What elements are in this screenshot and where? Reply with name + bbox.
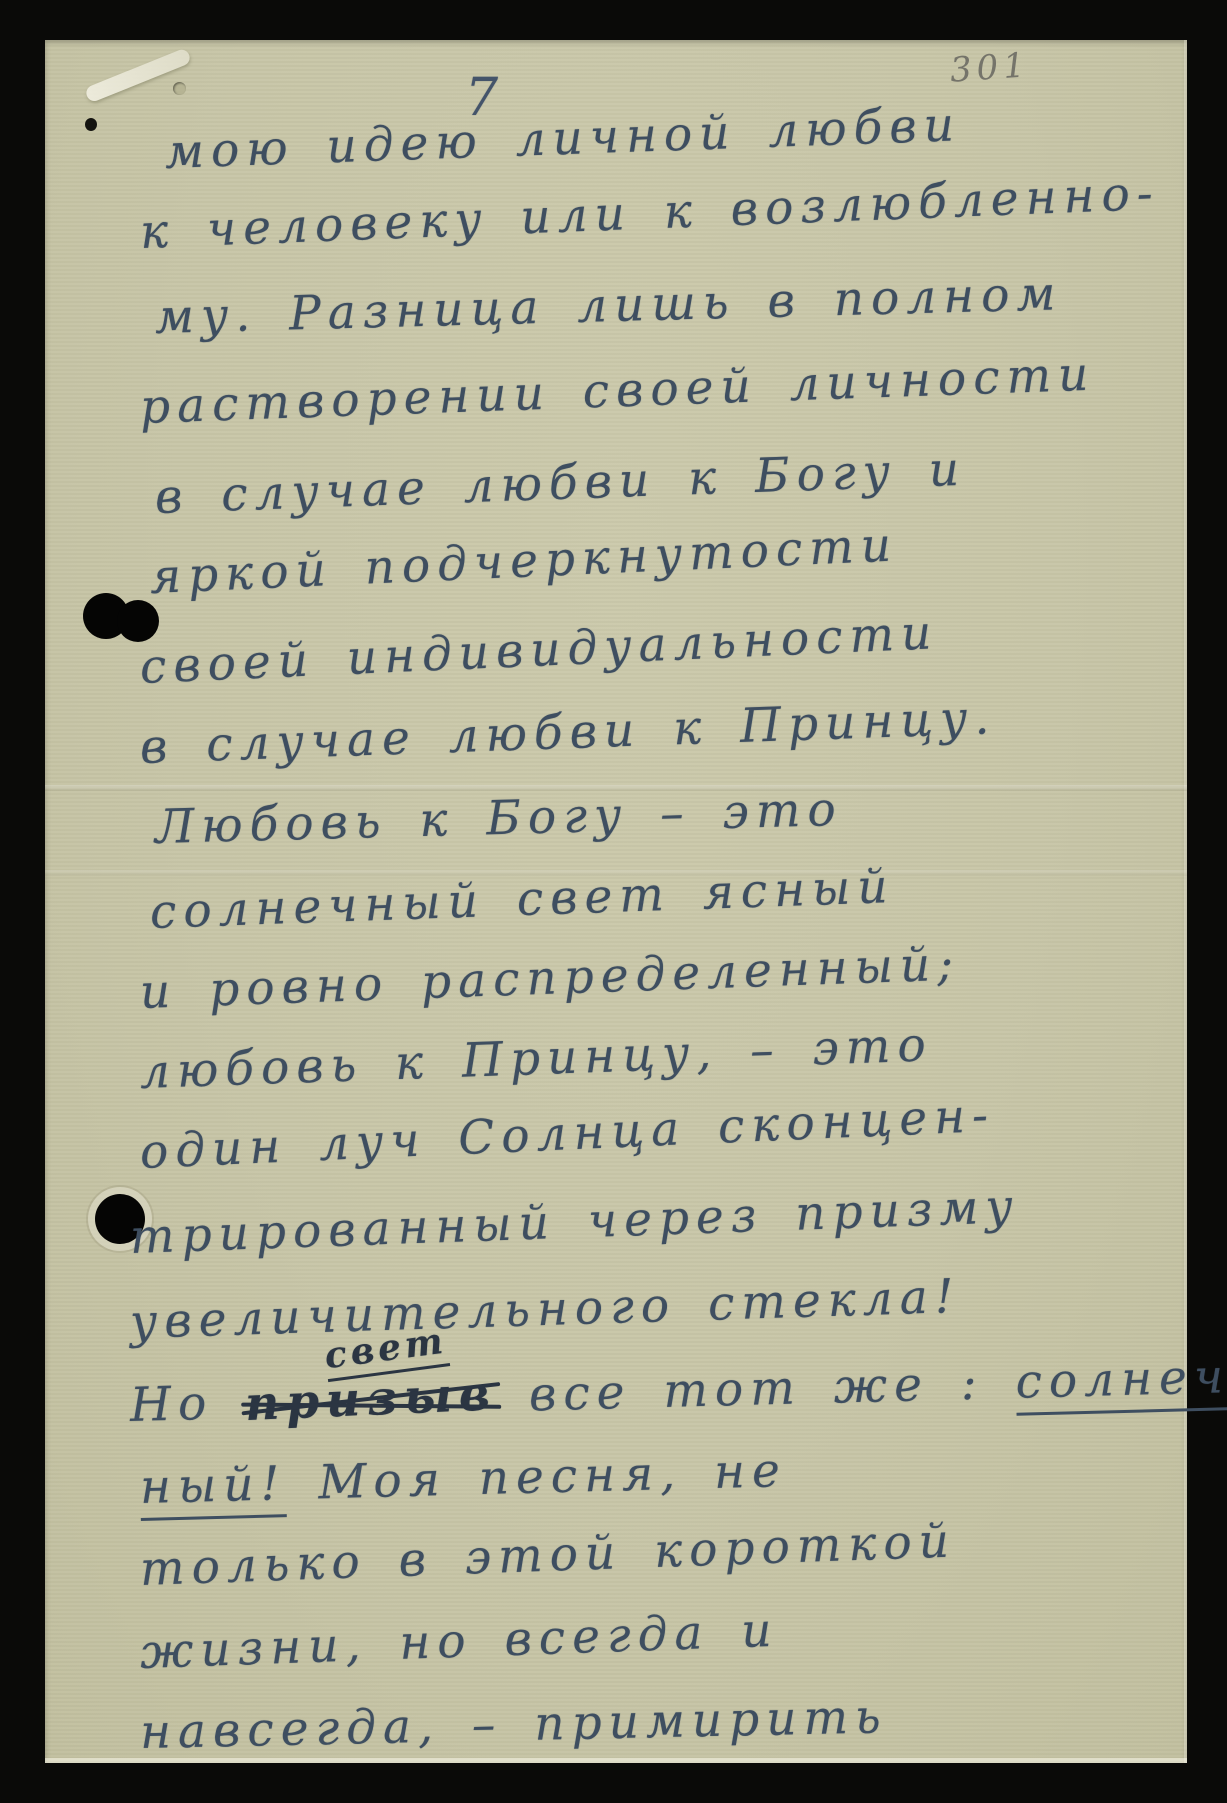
line-prefix: Но [129,1375,246,1433]
handwritten-line: к человеку или к возлюбленно- [139,166,1161,260]
pin-hole-icon [85,118,97,131]
handwritten-line: и ровно распределенный; [139,936,961,1020]
handwritten-line: яркой подчеркнутости [149,517,899,605]
staple-tear-mark [84,47,192,103]
handwritten-line: в случае любви к Богу и [154,442,967,525]
handwritten-line: Любовь к Богу – это [154,782,843,855]
handwritten-line: только в этой короткой [139,1514,957,1597]
underlined-word: ный! [139,1456,287,1521]
archival-folio-number: 301 [949,45,1032,90]
handwritten-line: один луч Солнца сконцен- [139,1088,996,1180]
handwritten-line: му. Разница лишь в полном [154,266,1063,345]
handwritten-line: трированный через призму [129,1179,1020,1265]
handwritten-line: в случае любви к Принцу. [139,690,997,775]
line-middle: все тот же : [496,1355,1016,1424]
handwritten-line: своей индивидуальности [139,605,940,695]
punch-hole-top-overlap [117,600,159,642]
handwritten-line: увеличительного стекла! [129,1269,961,1350]
handwritten-line: ный! Моя песня, не [139,1443,787,1515]
handwritten-line: жизни, но всегда и [139,1603,779,1680]
handwritten-line: растворении своей личности [139,347,1096,435]
handwritten-line-with-correction: Но призывсвет все тот же : солнеч- [129,1349,1227,1433]
pin-hole-icon [173,82,186,95]
handwritten-line: мою идею личной любви [164,97,962,180]
manuscript-page: 7 301 мою идею личной любви к человеку и… [45,40,1187,1763]
handwritten-line: любовь к Принцу, – это [139,1017,933,1100]
document-scan: 7 301 мою идею личной любви к человеку и… [0,0,1227,1803]
handwritten-line: солнечный свет ясный [149,859,895,940]
underlined-word: солнеч- [1015,1349,1227,1416]
handwritten-line: навсегда, – примирить [139,1689,888,1760]
line-rest: Моя песня, не [286,1443,788,1511]
